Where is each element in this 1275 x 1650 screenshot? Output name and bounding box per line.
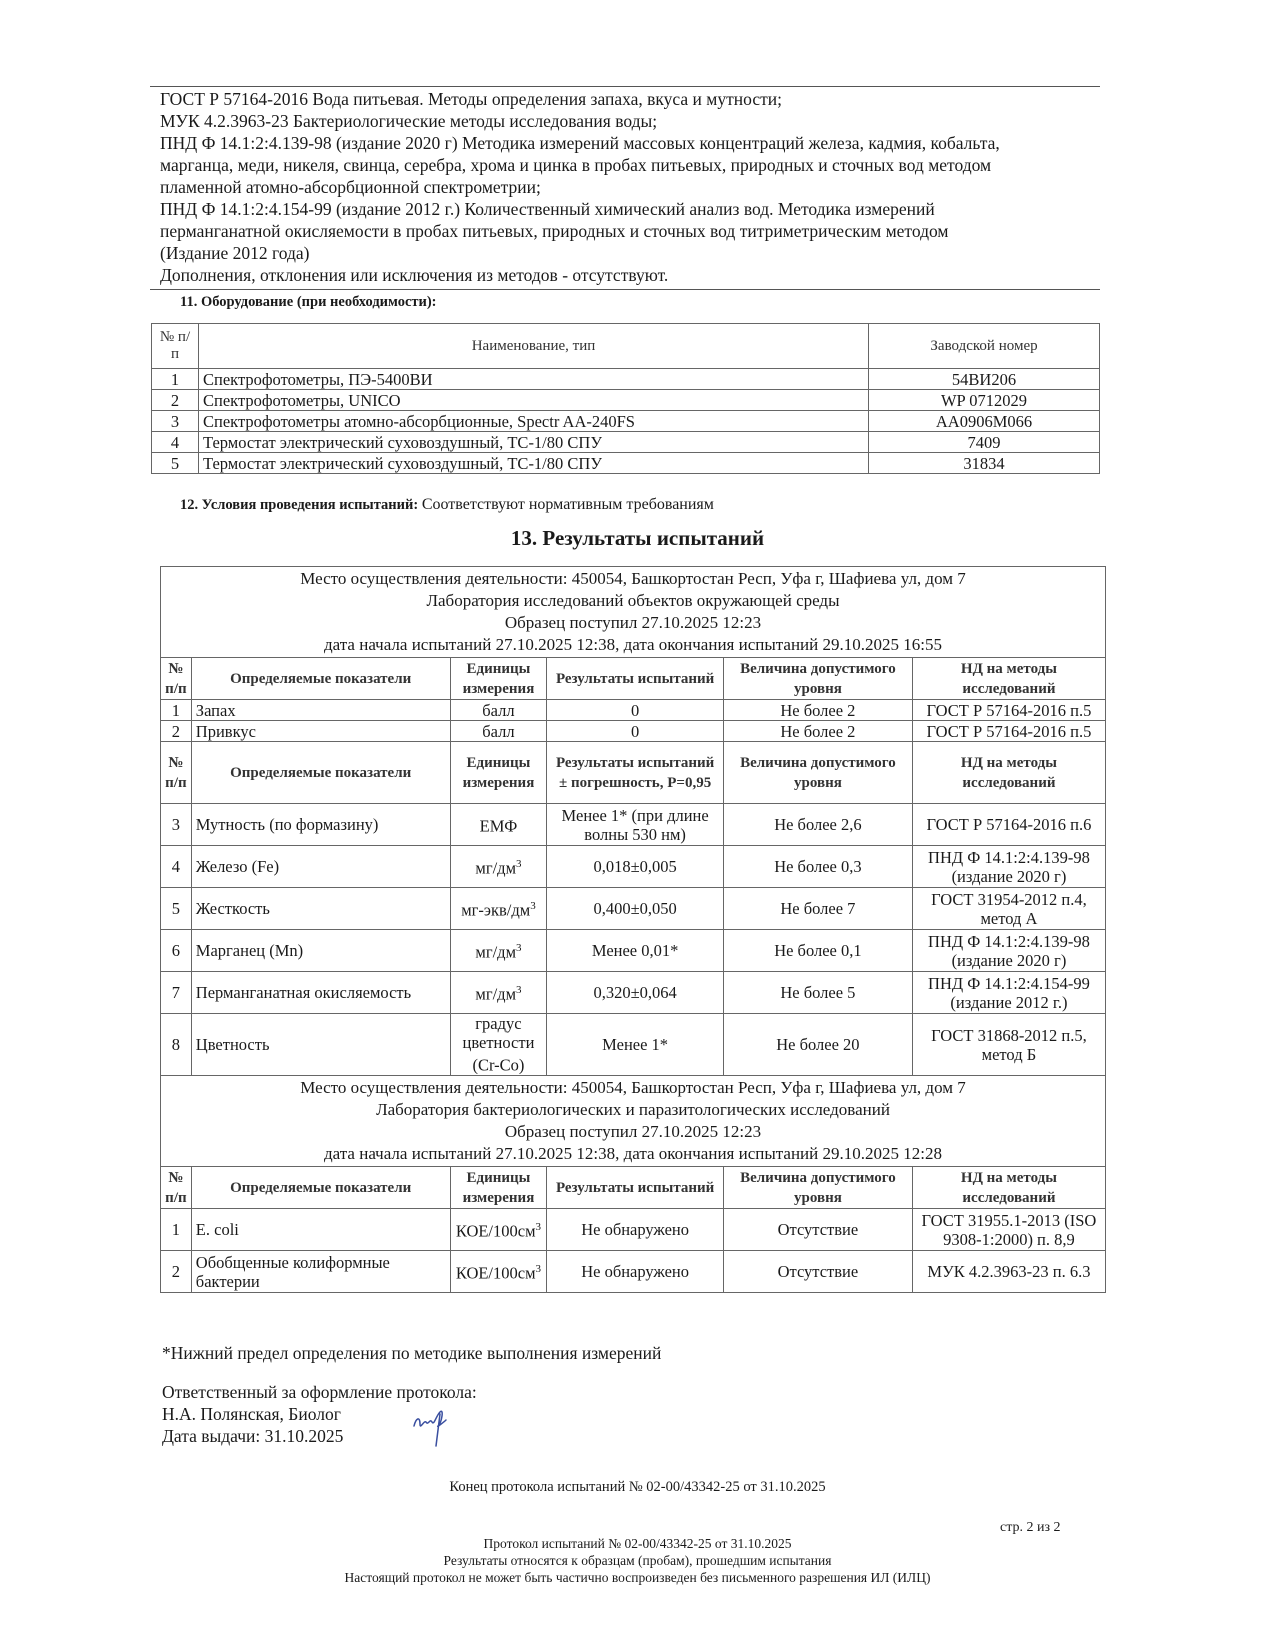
equipment-name: Спектрофотометры атомно-абсорбционные, S… <box>199 411 869 432</box>
equipment-serial: 54ВИ206 <box>869 369 1100 390</box>
equipment-serial: 7409 <box>869 432 1100 453</box>
row-method: ПНД Ф 14.1:2:4.139-98 (издание 2020 г) <box>912 930 1105 972</box>
row-indicator: Цветность <box>191 1014 450 1076</box>
row-result: 0 <box>547 721 724 742</box>
col-result: Результаты испытаний ± погрешность, Р=0,… <box>547 742 724 804</box>
row-num: 4 <box>161 846 192 888</box>
equipment-num: 1 <box>152 369 199 390</box>
row-indicator: Запах <box>191 700 450 721</box>
equipment-num: 3 <box>152 411 199 432</box>
row-indicator: Мутность (по формазину) <box>191 804 450 846</box>
row-limit: Не более 2 <box>723 700 912 721</box>
block1-received: Образец поступил 27.10.2025 12:23 <box>165 612 1101 634</box>
row-num: 1 <box>161 700 192 721</box>
col-result: Результаты испытаний <box>547 658 724 700</box>
footer-line: Настоящий протокол не может быть частичн… <box>0 1569 1275 1586</box>
equipment-header-row: № п/п Наименование, тип Заводской номер <box>152 324 1100 369</box>
row-limit: Не более 7 <box>723 888 912 930</box>
equipment-section-title: 11. Оборудование (при необходимости): <box>180 294 437 311</box>
equipment-col-serial: Заводской номер <box>869 324 1100 369</box>
equipment-serial: WP 0712029 <box>869 390 1100 411</box>
equipment-name: Спектрофотометры, UNICO <box>199 390 869 411</box>
col-limit: Величина допустимого уровня <box>723 658 912 700</box>
method-line: пламенной атомно-абсорбционной спектроме… <box>160 176 1110 198</box>
method-line: Дополнения, отклонения или исключения из… <box>160 264 1110 286</box>
row-units: мг/дм3 <box>450 930 547 972</box>
row-indicator: Марганец (Mn) <box>191 930 450 972</box>
row-method: ГОСТ Р 57164-2016 п.5 <box>912 700 1105 721</box>
method-line: ГОСТ Р 57164-2016 Вода питьевая. Методы … <box>160 88 1110 110</box>
table-row: 7 Перманганатная окисляемость мг/дм3 0,3… <box>161 972 1106 1014</box>
col-num: № п/п <box>161 658 192 700</box>
row-method: ГОСТ Р 57164-2016 п.5 <box>912 721 1105 742</box>
row-num: 2 <box>161 1251 192 1293</box>
col-units: Единицы измерения <box>450 1167 547 1209</box>
row-limit: Не более 2,6 <box>723 804 912 846</box>
page-number: стр. 2 из 2 <box>1000 1520 1061 1536</box>
conditions-label: 12. Условия проведения испытаний: <box>180 497 418 513</box>
col-num: № п/п <box>161 1167 192 1209</box>
col-units: Единицы измерения <box>450 658 547 700</box>
row-result: Не обнаружено <box>547 1209 724 1251</box>
table-row: 1 E. coli КОЕ/100см3 Не обнаружено Отсут… <box>161 1209 1106 1251</box>
col-method: НД на методы исследований <box>912 1167 1105 1209</box>
table-row: 1 Спектрофотометры, ПЭ-5400ВИ 54ВИ206 <box>152 369 1100 390</box>
row-method: ПНД Ф 14.1:2:4.139-98 (издание 2020 г) <box>912 846 1105 888</box>
conditions-value: Соответствуют нормативным требованиям <box>422 496 714 513</box>
section-rule <box>150 289 1100 290</box>
col-units: Единицы измерения <box>450 742 547 804</box>
row-limit: Не более 2 <box>723 721 912 742</box>
row-num: 3 <box>161 804 192 846</box>
row-result: 0,320±0,064 <box>547 972 724 1014</box>
row-indicator: Перманганатная окисляемость <box>191 972 450 1014</box>
col-method: НД на методы исследований <box>912 742 1105 804</box>
row-result: Менее 1* (при длине волны 530 нм) <box>547 804 724 846</box>
table-row: 2 Обобщенные колиформные бактерии КОЕ/10… <box>161 1251 1106 1293</box>
block1-lab: Лаборатория исследований объектов окружа… <box>165 590 1101 612</box>
row-units: балл <box>450 721 547 742</box>
row-units: мг/дм3 <box>450 972 547 1014</box>
block2-dates: дата начала испытаний 27.10.2025 12:38, … <box>165 1143 1101 1165</box>
table-row: 8 Цветность градус цветности (Cr-Co) Мен… <box>161 1014 1106 1076</box>
row-units: ЕМФ <box>450 804 547 846</box>
row-method: МУК 4.2.3963-23 п. 6.3 <box>912 1251 1105 1293</box>
equipment-table: № п/п Наименование, тип Заводской номер … <box>151 323 1100 474</box>
method-line: МУК 4.2.3963-23 Бактериологические метод… <box>160 110 1110 132</box>
row-result: Не обнаружено <box>547 1251 724 1293</box>
top-rule <box>150 86 1100 87</box>
equipment-name: Спектрофотометры, ПЭ-5400ВИ <box>199 369 869 390</box>
row-limit: Не более 20 <box>723 1014 912 1076</box>
row-limit: Не более 0,1 <box>723 930 912 972</box>
table-row: 6 Марганец (Mn) мг/дм3 Менее 0,01* Не бо… <box>161 930 1106 972</box>
equipment-serial: 31834 <box>869 453 1100 474</box>
method-line: перманганатной окисляемости в пробах пит… <box>160 220 1110 242</box>
table-row: 4 Железо (Fe) мг/дм3 0,018±0,005 Не боле… <box>161 846 1106 888</box>
col-result: Результаты испытаний <box>547 1167 724 1209</box>
block1-dates: дата начала испытаний 27.10.2025 12:38, … <box>165 634 1101 656</box>
row-limit: Отсутствие <box>723 1209 912 1251</box>
block2-place: Место осуществления деятельности: 450054… <box>165 1077 1101 1099</box>
results-table: Место осуществления деятельности: 450054… <box>160 566 1106 1293</box>
table-row: 2 Привкус балл 0 Не более 2 ГОСТ Р 57164… <box>161 721 1106 742</box>
row-indicator: Обобщенные колиформные бактерии <box>191 1251 450 1293</box>
row-result: Менее 0,01* <box>547 930 724 972</box>
footer-line: Протокол испытаний № 02-00/43342-25 от 3… <box>0 1535 1275 1552</box>
equipment-col-name: Наименование, тип <box>199 324 869 369</box>
row-result: 0,018±0,005 <box>547 846 724 888</box>
row-method: ГОСТ Р 57164-2016 п.6 <box>912 804 1105 846</box>
method-line: ПНД Ф 14.1:2:4.139-98 (издание 2020 г) М… <box>160 132 1110 154</box>
equipment-name: Термостат электрический суховоздушный, Т… <box>199 453 869 474</box>
col-indicator: Определяемые показатели <box>191 742 450 804</box>
row-indicator: Железо (Fe) <box>191 846 450 888</box>
row-units: градус цветности (Cr-Co) <box>450 1014 547 1076</box>
col-limit: Величина допустимого уровня <box>723 1167 912 1209</box>
block2-received: Образец поступил 27.10.2025 12:23 <box>165 1121 1101 1143</box>
block1-info-row: Место осуществления деятельности: 450054… <box>161 567 1106 658</box>
equipment-serial: AA0906M066 <box>869 411 1100 432</box>
equipment-num: 5 <box>152 453 199 474</box>
row-indicator: Жесткость <box>191 888 450 930</box>
table-row: 5 Жесткость мг-экв/дм3 0,400±0,050 Не бо… <box>161 888 1106 930</box>
table-row: 3 Мутность (по формазину) ЕМФ Менее 1* (… <box>161 804 1106 846</box>
results-title: 13. Результаты испытаний <box>0 526 1275 551</box>
block2-header: № п/п Определяемые показатели Единицы из… <box>161 1167 1106 1209</box>
row-method: ПНД Ф 14.1:2:4.154-99 (издание 2012 г.) <box>912 972 1105 1014</box>
method-line: (Издание 2012 года) <box>160 242 1110 264</box>
row-num: 6 <box>161 930 192 972</box>
conditions-line: 12. Условия проведения испытаний: Соотве… <box>180 496 714 514</box>
table-row: 5 Термостат электрический суховоздушный,… <box>152 453 1100 474</box>
col-indicator: Определяемые показатели <box>191 658 450 700</box>
table-row: 4 Термостат электрический суховоздушный,… <box>152 432 1100 453</box>
row-method: ГОСТ 31868-2012 п.5, метод Б <box>912 1014 1105 1076</box>
footnote: *Нижний предел определения по методике в… <box>162 1343 661 1364</box>
table-row: 3 Спектрофотометры атомно-абсорбционные,… <box>152 411 1100 432</box>
block2-lab: Лаборатория бактериологических и паразит… <box>165 1099 1101 1121</box>
end-of-protocol: Конец протокола испытаний № 02-00/43342-… <box>0 1479 1275 1496</box>
col-num: № п/п <box>161 742 192 804</box>
table-row: 2 Спектрофотометры, UNICO WP 0712029 <box>152 390 1100 411</box>
row-num: 8 <box>161 1014 192 1076</box>
equipment-num: 4 <box>152 432 199 453</box>
row-limit: Отсутствие <box>723 1251 912 1293</box>
row-num: 1 <box>161 1209 192 1251</box>
row-result: 0,400±0,050 <box>547 888 724 930</box>
row-units: балл <box>450 700 547 721</box>
col-indicator: Определяемые показатели <box>191 1167 450 1209</box>
row-limit: Не более 0,3 <box>723 846 912 888</box>
block1-place: Место осуществления деятельности: 450054… <box>165 568 1101 590</box>
equipment-col-num: № п/п <box>152 324 199 369</box>
equipment-num: 2 <box>152 390 199 411</box>
method-line: марганца, меди, никеля, свинца, серебра,… <box>160 154 1110 176</box>
row-units: КОЕ/100см3 <box>450 1251 547 1293</box>
footer-line: Результаты относятся к образцам (пробам)… <box>0 1552 1275 1569</box>
row-num: 7 <box>161 972 192 1014</box>
equipment-name: Термостат электрический суховоздушный, Т… <box>199 432 869 453</box>
block2-info-row: Место осуществления деятельности: 450054… <box>161 1076 1106 1167</box>
row-limit: Не более 5 <box>723 972 912 1014</box>
row-result: Менее 1* <box>547 1014 724 1076</box>
col-method: НД на методы исследований <box>912 658 1105 700</box>
row-units: мг-экв/дм3 <box>450 888 547 930</box>
signature-icon <box>410 1400 460 1450</box>
row-num: 2 <box>161 721 192 742</box>
row-result: 0 <box>547 700 724 721</box>
page-footer: Протокол испытаний № 02-00/43342-25 от 3… <box>0 1535 1275 1586</box>
block1-header-a: № п/п Определяемые показатели Единицы из… <box>161 658 1106 700</box>
col-limit: Величина допустимого уровня <box>723 742 912 804</box>
method-line: ПНД Ф 14.1:2:4.154-99 (издание 2012 г.) … <box>160 198 1110 220</box>
table-row: 1 Запах балл 0 Не более 2 ГОСТ Р 57164-2… <box>161 700 1106 721</box>
row-num: 5 <box>161 888 192 930</box>
row-method: ГОСТ 31955.1-2013 (ISO 9308-1:2000) п. 8… <box>912 1209 1105 1251</box>
row-indicator: E. coli <box>191 1209 450 1251</box>
row-method: ГОСТ 31954-2012 п.4, метод А <box>912 888 1105 930</box>
row-indicator: Привкус <box>191 721 450 742</box>
row-units: мг/дм3 <box>450 846 547 888</box>
row-units: КОЕ/100см3 <box>450 1209 547 1251</box>
block1-header-b: № п/п Определяемые показатели Единицы из… <box>161 742 1106 804</box>
methods-list: ГОСТ Р 57164-2016 Вода питьевая. Методы … <box>160 88 1110 286</box>
